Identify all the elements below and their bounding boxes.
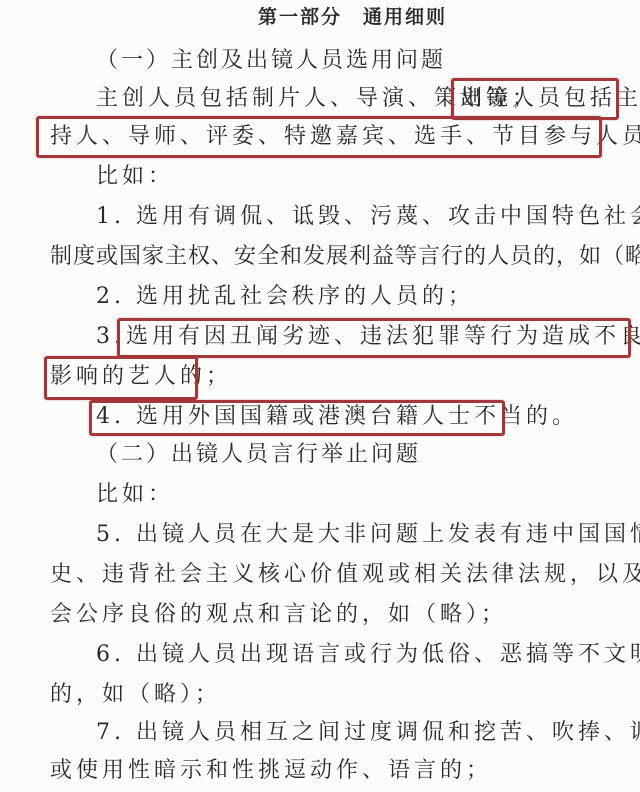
item-3-line1: 选用有因丑闻劣迹、违法犯罪等行为造成不良社会: [126, 322, 640, 352]
item-3-number: 3.: [96, 322, 125, 352]
item-5-line2: 史、违背社会主义核心价值观或相关法律法规，以及有违社: [50, 560, 640, 590]
item-3-line2: 影响的艺人的；: [50, 362, 232, 392]
item-6-line2: 的，如（略）；: [50, 680, 221, 710]
item-5-line3: 会公序良俗的观点和言论的，如（略）；: [50, 600, 507, 630]
item-5-line1: 5. 出镜人员在大是大非问题上发表有违中国国情和历: [96, 520, 640, 550]
item-1-line1: 1. 选用有调侃、诋毁、污蔑、攻击中国特色社会主义: [96, 202, 640, 232]
item-7-line2: 或使用性暗示和性挑逗动作、语言的；: [50, 756, 492, 786]
section2-heading: （二）出镜人员言行举止问题: [96, 440, 421, 470]
item-7-line1: 7. 出镜人员相互之间过度调侃和挖苦、吹捧、调情，: [96, 718, 640, 748]
item-4-line1: 4. 选用外国国籍或港澳台籍人士不当的。: [96, 402, 578, 432]
page-title: 第一部分 通用细则: [258, 2, 447, 32]
intro-line2: 持人、导师、评委、特邀嘉宾、选手、节目参与人员等。: [50, 122, 640, 152]
example-label-1: 比如：: [96, 162, 174, 192]
section1-heading: （一）主创及出镜人员选用问题: [96, 46, 446, 76]
item-2-line1: 2. 选用扰乱社会秩序的人员的；: [96, 282, 474, 312]
item-1-line2: 制度或国家主权、安全和发展利益等言行的人员的，如（略）；: [50, 242, 640, 272]
example-label-2: 比如：: [96, 480, 174, 510]
intro-line1-b: 出镜人员包括主: [460, 84, 640, 114]
item-6-line1: 6. 出镜人员出现语言或行为低俗、恶搞等不文明情况: [96, 640, 640, 670]
